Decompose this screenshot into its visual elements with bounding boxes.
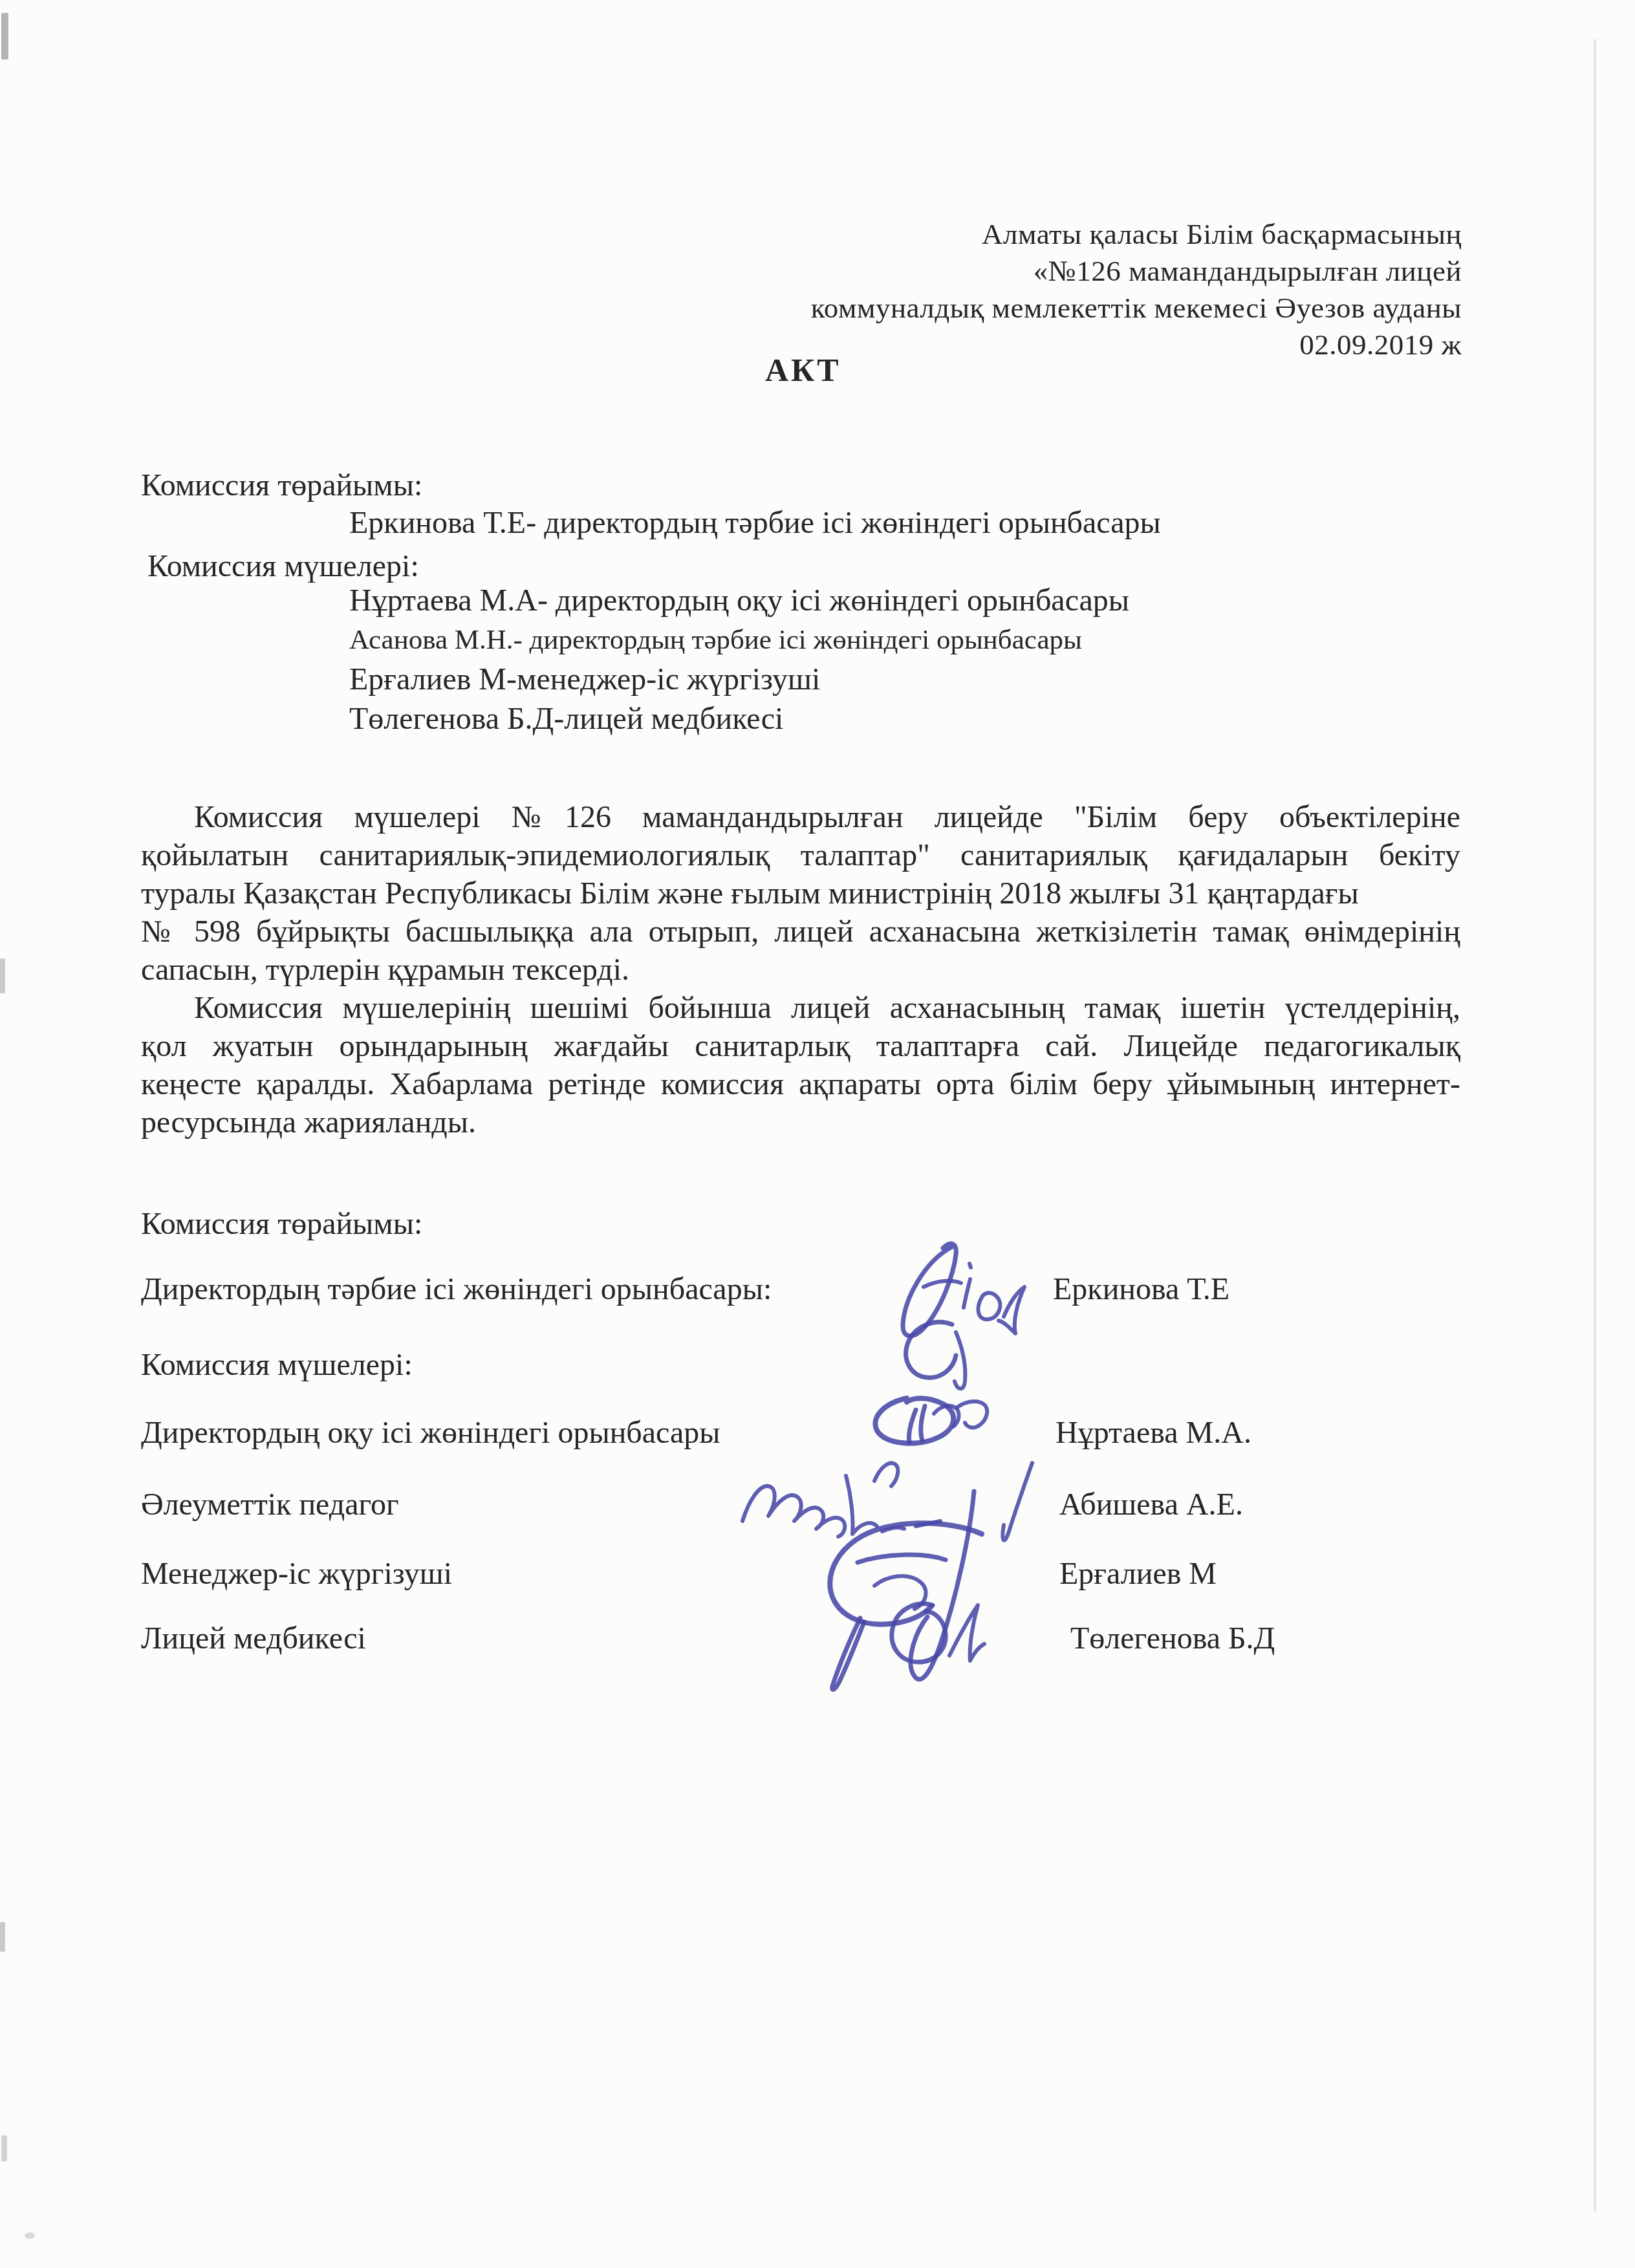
signoff-row-label: Лицей медбикесі bbox=[141, 1621, 366, 1656]
commission-members-label: Комиссия мүшелері: bbox=[147, 548, 419, 584]
scan-edge-shadow bbox=[1594, 39, 1596, 2212]
commission-member-entry: Нұртаева М.А- директордың оқу ісі жөнінд… bbox=[349, 583, 1129, 618]
signoff-row-name: Нұртаева М.А. bbox=[1056, 1415, 1251, 1451]
signoff-row-name: Ерғалиев М bbox=[1059, 1556, 1217, 1592]
scanned-document-page: Алматы қаласы Білім басқармасының «№126 … bbox=[0, 0, 1635, 2268]
paragraph-1-line: Комиссия мүшелері №126 мамандандырылған … bbox=[141, 798, 1460, 836]
header-line-organization: Алматы қаласы Білім басқармасының bbox=[686, 216, 1462, 253]
document-title: АКТ bbox=[765, 351, 841, 389]
signoff-row-name: Абишева А.Е. bbox=[1059, 1487, 1243, 1522]
signoff-row-name: Төлегенова Б.Д bbox=[1070, 1621, 1275, 1656]
commission-chair-label: Комиссия төрайымы: bbox=[141, 468, 422, 503]
scan-artifact bbox=[1, 13, 8, 59]
body-text: Комиссия мүшелері №126 мамандандырылған … bbox=[141, 798, 1460, 1141]
scan-artifact bbox=[25, 2232, 35, 2239]
signoff-row-label: Менеджер-іс жүргізуші bbox=[141, 1556, 452, 1592]
paragraph-1-line: № 598 бұйрықты басшылыққа ала отырып, ли… bbox=[141, 913, 1460, 951]
scan-artifact bbox=[1, 2135, 7, 2161]
signoff-members-heading: Комиссия мүшелері: bbox=[141, 1347, 413, 1383]
signature-abisheva bbox=[742, 1463, 1032, 1540]
signature-erkinova bbox=[903, 1244, 1024, 1388]
paragraph-2-line: кеңесте қаралды. Хабарлама ретінде комис… bbox=[141, 1065, 1460, 1103]
paragraph-1-line: сапасын, түрлерін құрамын тексерді. bbox=[141, 951, 1460, 989]
signoff-row-label: Директордың оқу ісі жөніндегі орынбасары bbox=[141, 1415, 720, 1451]
signature-tolegenova bbox=[892, 1604, 984, 1662]
paragraph-2-line: Комиссия мүшелерінің шешімі бойынша лице… bbox=[141, 989, 1460, 1027]
scan-artifact bbox=[0, 1922, 5, 1952]
document-header: Алматы қаласы Білім басқармасының «№126 … bbox=[686, 216, 1462, 363]
paragraph-1-line: туралы Қазақстан Республикасы Білім және… bbox=[141, 874, 1460, 913]
header-line-district: коммуналдық мемлекеттік мекемесі Әуезов … bbox=[686, 290, 1462, 327]
signoff-row-label: Әлеуметтік педагог bbox=[141, 1487, 399, 1522]
commission-member-entry: Ерғалиев М-менеджер-іс жүргізуші bbox=[349, 662, 820, 697]
scan-artifact bbox=[0, 958, 5, 993]
signoff-row-name: Еркинова Т.Е bbox=[1053, 1271, 1229, 1307]
paragraph-2-line: қол жуатын орындарының жағдайы санитарлы… bbox=[141, 1027, 1460, 1065]
paragraph-2-line: ресурсында жарияланды. bbox=[141, 1103, 1460, 1141]
signoff-row-label: Директордың тәрбие ісі жөніндегі орынбас… bbox=[141, 1271, 772, 1307]
signature-nurtaeva bbox=[875, 1398, 987, 1443]
header-line-lyceum: «№126 мамандандырылған лицей bbox=[686, 253, 1462, 290]
signature-ergaliev bbox=[830, 1491, 982, 1690]
commission-chair-entry: Еркинова Т.Е- директордың тәрбие ісі жөн… bbox=[349, 505, 1161, 541]
signoff-chair-heading: Комиссия төрайымы: bbox=[141, 1206, 422, 1242]
commission-member-entry: Төлегенова Б.Д-лицей медбикесі bbox=[349, 701, 783, 737]
commission-member-entry: Асанова М.Н.- директордың тәрбие ісі жөн… bbox=[349, 624, 1082, 656]
paragraph-1-line: қойылатын санитариялық-эпидемиологиялық … bbox=[141, 836, 1460, 874]
